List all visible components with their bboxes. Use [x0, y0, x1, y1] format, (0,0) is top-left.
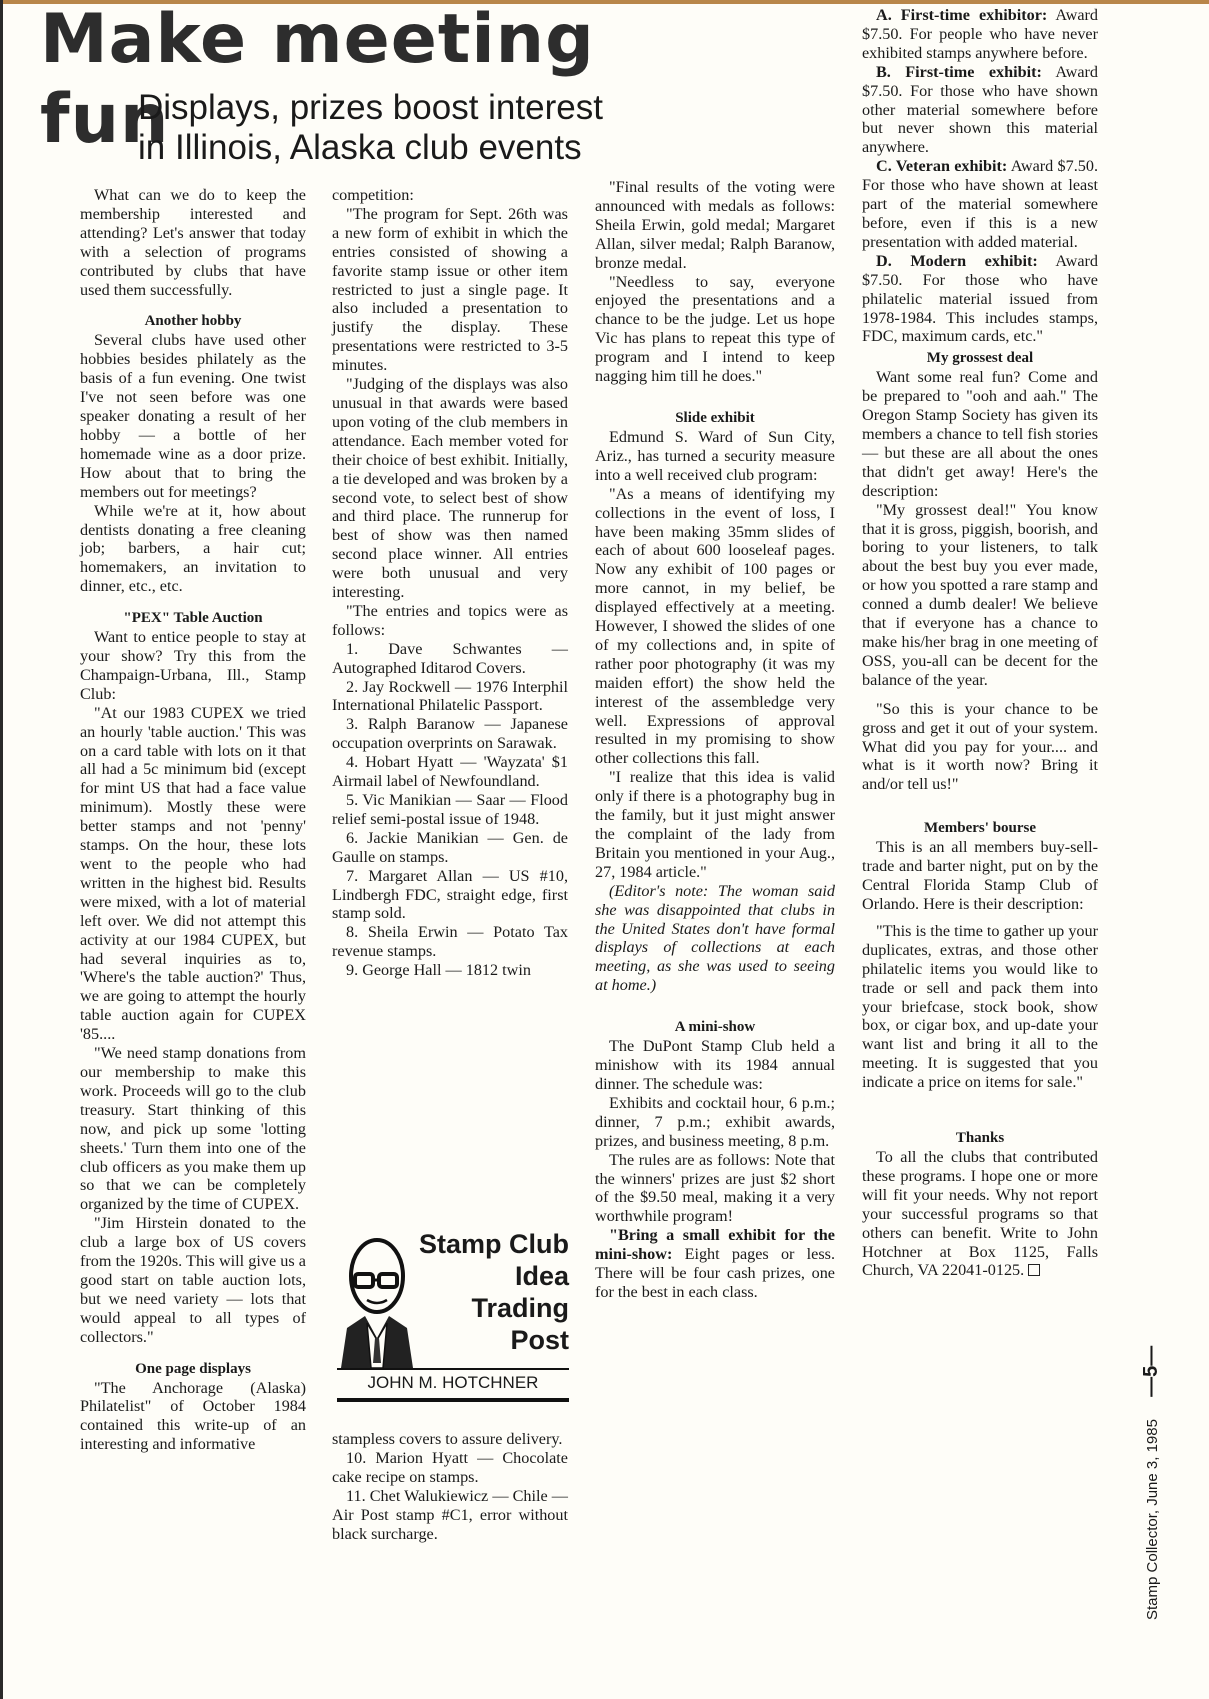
page-folio: Stamp Collector, June 3, 1985 —5—: [1140, 1320, 1163, 1620]
paragraph: This is an all members buy-sell-trade an…: [862, 838, 1098, 914]
logo-divider: [337, 1368, 569, 1370]
section-heading-another-hobby: Another hobby: [80, 311, 306, 331]
paragraph: Want to entice people to stay at your sh…: [80, 628, 306, 704]
class-item: A. First-time exhibitor: Award $7.50. Fo…: [862, 6, 1098, 63]
publication-date: Stamp Collector, June 3, 1985: [1144, 1419, 1161, 1620]
entry-item: 3. Ralph Baranow — Japanese occupation o…: [332, 715, 568, 753]
column-author: JOHN M. HOTCHNER: [337, 1372, 569, 1394]
page-number: —5—: [1140, 1346, 1162, 1397]
paragraph: "Final results of the voting were announ…: [595, 178, 835, 273]
paragraph: "The program for Sept. 26th was a new fo…: [332, 205, 568, 375]
class-label: A. First-time exhibitor:: [876, 6, 1047, 24]
logo-title-line-3: Trading: [471, 1292, 569, 1324]
class-item: B. First-time exhibit: Award $7.50. For …: [862, 63, 1098, 158]
column-logo: Stamp Club Idea Trading Post JOHN M. HOT…: [337, 1228, 569, 1403]
section-heading-slide-exhibit: Slide exhibit: [595, 408, 835, 428]
subhead-line-1: Displays, prizes boost interest: [138, 88, 738, 128]
column-3: "Final results of the voting were announ…: [595, 178, 835, 1302]
paragraph: Several clubs have used other hobbies be…: [80, 331, 306, 501]
paragraph: "Judging of the displays was also unusua…: [332, 375, 568, 602]
paragraph: The DuPont Stamp Club held a minishow wi…: [595, 1037, 835, 1094]
class-label: D. Modern exhibit:: [876, 252, 1038, 270]
paragraph-text: To all the clubs that contributed these …: [862, 1148, 1098, 1279]
editors-note: (Editor's note: The woman said she was d…: [595, 882, 835, 995]
section-heading-members-bourse: Members' bourse: [862, 818, 1098, 838]
paragraph: While we're at it, how about dentists do…: [80, 502, 306, 597]
class-item: C. Veteran exhibit: Award $7.50. For tho…: [862, 157, 1098, 252]
section-heading-one-page-displays: One page displays: [80, 1359, 306, 1379]
column-1: What can we do to keep the membership in…: [80, 186, 306, 1454]
paragraph: "At our 1983 CUPEX we tried an hourly 't…: [80, 704, 306, 1044]
end-mark-icon: [1028, 1264, 1040, 1276]
section-heading-thanks: Thanks: [862, 1128, 1098, 1148]
entry-item: 11. Chet Walukiewicz — Chile — Air Post …: [332, 1487, 568, 1544]
subhead-line-2: in Illinois, Alaska club events: [138, 128, 738, 168]
column-2: competition: "The program for Sept. 26th…: [332, 186, 568, 980]
author-portrait-icon: [337, 1228, 417, 1368]
class-label: C. Veteran exhibit:: [876, 157, 1007, 175]
paragraph: "The entries and topics were as follows:: [332, 602, 568, 640]
paragraph: "So this is your chance to be gross and …: [862, 700, 1098, 795]
class-label: B. First-time exhibit:: [876, 63, 1042, 81]
paragraph: "We need stamp donations from our member…: [80, 1044, 306, 1214]
entry-item: 7. Margaret Allan — US #10, Lindbergh FD…: [332, 867, 568, 924]
paragraph: "Needless to say, everyone enjoyed the p…: [595, 273, 835, 386]
paragraph: "This is the time to gather up your dupl…: [862, 922, 1098, 1092]
paragraph: "Bring a small exhibit for the mini-show…: [595, 1226, 835, 1302]
paragraph: "I realize that this idea is valid only …: [595, 768, 835, 881]
paragraph: "As a means of identifying my collection…: [595, 485, 835, 769]
logo-title-line-1: Stamp Club: [419, 1228, 569, 1260]
page-left-edge: [0, 0, 3, 1699]
section-heading-mini-show: A mini-show: [595, 1017, 835, 1037]
intro-paragraph: What can we do to keep the membership in…: [80, 186, 306, 299]
article-subhead: Displays, prizes boost interest in Illin…: [138, 88, 738, 168]
column-4: A. First-time exhibitor: Award $7.50. Fo…: [862, 6, 1098, 1280]
entry-item: 1. Dave Schwantes — Autographed Iditarod…: [332, 640, 568, 678]
logo-bottom-rule: [337, 1398, 569, 1402]
section-heading-grossest-deal: My grossest deal: [862, 348, 1098, 368]
entry-item: 8. Sheila Erwin — Potato Tax revenue sta…: [332, 923, 568, 961]
logo-title-line-2: Idea: [515, 1260, 569, 1292]
paragraph: Exhibits and cocktail hour, 6 p.m.; dinn…: [595, 1094, 835, 1151]
entry-item: 4. Hobart Hyatt — 'Wayzata' $1 Airmail l…: [332, 753, 568, 791]
section-heading-pex-table-auction: "PEX" Table Auction: [80, 608, 306, 628]
entry-item: 6. Jackie Manikian — Gen. de Gaulle on s…: [332, 829, 568, 867]
entry-item: 9. George Hall — 1812 twin: [332, 961, 568, 980]
entry-item: 2. Jay Rockwell — 1976 Interphil Interna…: [332, 678, 568, 716]
paragraph: Edmund S. Ward of Sun City, Ariz., has t…: [595, 428, 835, 485]
column-2-continued: stampless covers to assure delivery. 10.…: [332, 1430, 568, 1543]
paragraph: Want some real fun? Come and be prepared…: [862, 368, 1098, 500]
paragraph: The rules are as follows: Note that the …: [595, 1151, 835, 1227]
logo-title-line-4: Post: [510, 1324, 569, 1356]
paragraph: To all the clubs that contributed these …: [862, 1148, 1098, 1280]
paragraph: "The Anchorage (Alaska) Philatelist" of …: [80, 1379, 306, 1455]
entry-item: stampless covers to assure delivery.: [332, 1430, 568, 1449]
paragraph: "Jim Hirstein donated to the club a larg…: [80, 1214, 306, 1346]
class-item: D. Modern exhibit: Award $7.50. For thos…: [862, 252, 1098, 347]
entry-item: 5. Vic Manikian — Saar — Flood relief se…: [332, 791, 568, 829]
paragraph: "My grossest deal!" You know that it is …: [862, 501, 1098, 690]
paragraph: competition:: [332, 186, 568, 205]
entry-item: 10. Marion Hyatt — Chocolate cake recipe…: [332, 1449, 568, 1487]
